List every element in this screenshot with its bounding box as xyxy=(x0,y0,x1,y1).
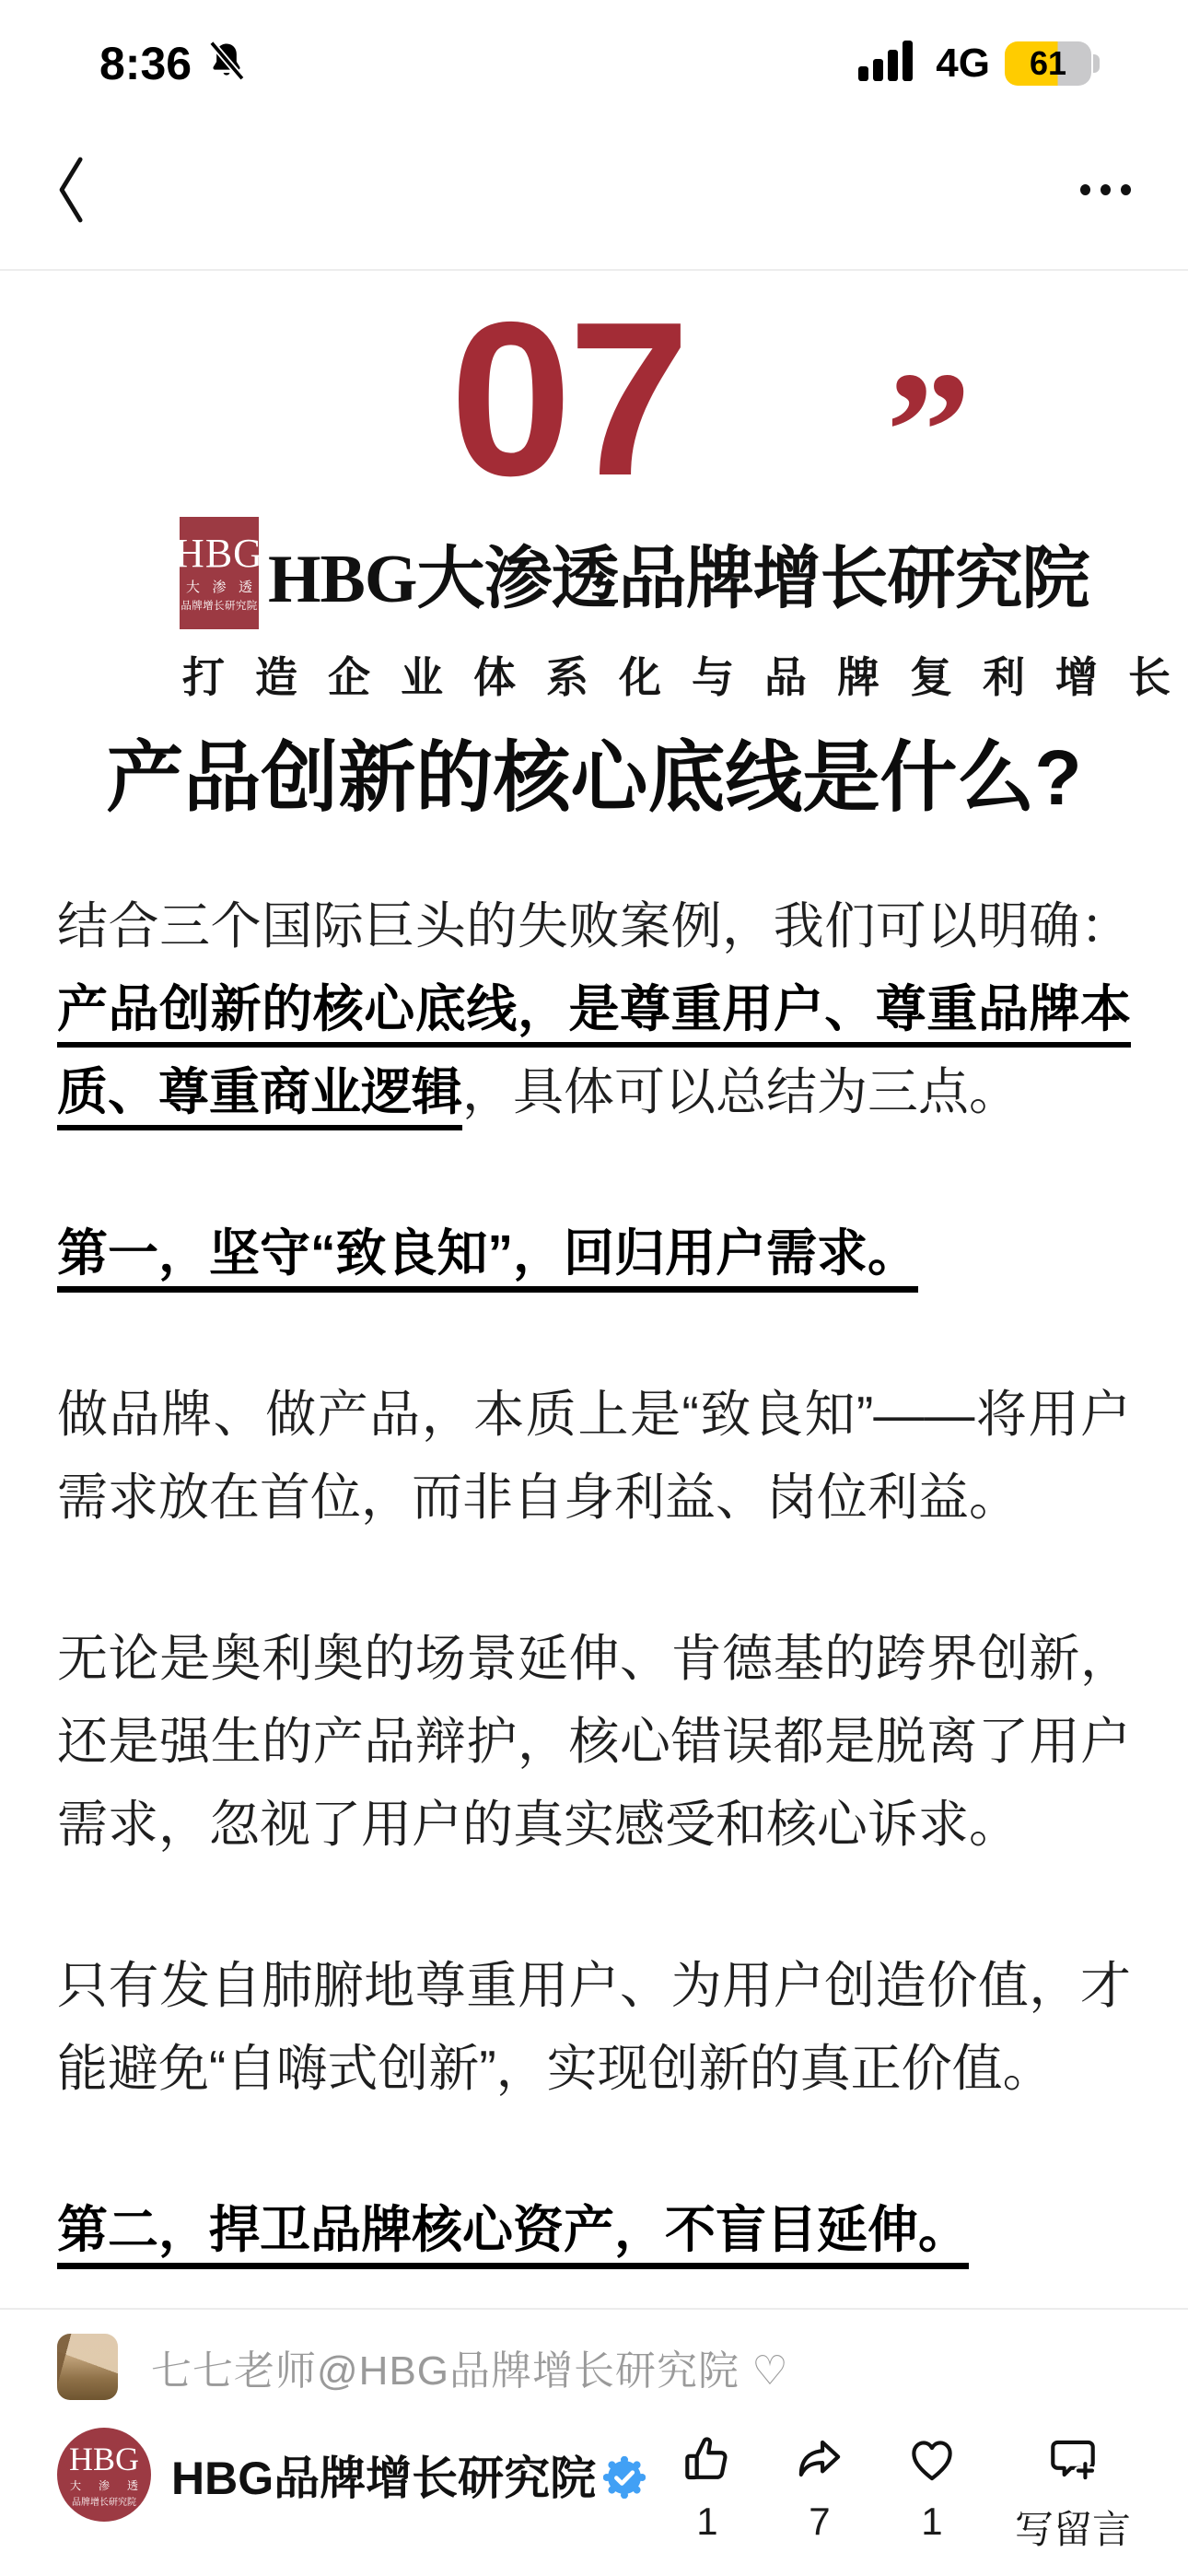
comment-button[interactable]: 写留言 xyxy=(1015,2431,1131,2555)
brand-slogan: 打造企业体系化与品牌复利增长 xyxy=(182,644,1188,705)
logo-sub1: 大渗透 xyxy=(182,574,256,596)
bottom-bar: HBG 大渗透 品牌增长研究院 HBG品牌增长研究院 xyxy=(0,2428,1188,2555)
text-segment: 第一，坚守“致良知”，回归用户需求。 xyxy=(57,1224,918,1282)
paragraph: 只有发自肺腑地尊重用户、为用户创造价值，才能避免“自嗨式创新”，实现创新的真正价… xyxy=(57,1944,1131,2110)
heart-icon xyxy=(903,2431,961,2488)
more-button[interactable] xyxy=(1075,166,1136,214)
divider xyxy=(0,2308,1188,2310)
like-button[interactable]: 1 xyxy=(678,2431,737,2555)
account-logo: HBG 大渗透 品牌增长研究院 xyxy=(57,2428,151,2522)
logo-acronym: HBG xyxy=(175,533,263,574)
back-icon xyxy=(52,150,92,229)
author-name: 七七老师@HBG品牌增长研究院 ♡ xyxy=(151,2337,789,2396)
share-count: 7 xyxy=(809,2500,830,2544)
paragraph: 无论是奥利奥的场景延伸、肯德基的跨界创新，还是强生的产品辩护，核心错误都是脱离了… xyxy=(57,1617,1131,1866)
brand-logo-row: HBG 大渗透 品牌增长研究院 HBG大渗透品牌增长研究院 xyxy=(180,517,1188,629)
heart-count: 1 xyxy=(921,2500,942,2544)
action-bar: 1 7 1 写留言 xyxy=(678,2431,1131,2555)
text-segment: 只有发自肺腑地尊重用户、为用户创造价值，才能避免“自嗨式创新”，实现创新的真正价… xyxy=(57,1957,1131,2097)
article-headline: 产品创新的核心底线是什么? xyxy=(0,716,1188,827)
official-account[interactable]: HBG 大渗透 品牌增长研究院 HBG品牌增长研究院 xyxy=(57,2428,646,2522)
nav-bar xyxy=(0,111,1188,271)
comment-plus-icon xyxy=(1044,2431,1101,2488)
paragraph: 结合三个国际巨头的失败案例，我们可以明确：产品创新的核心底线，是尊重用户、尊重品… xyxy=(57,884,1131,1133)
text-segment: 无论是奥利奥的场景延伸、肯德基的跨界创新，还是强生的产品辩护，核心错误都是脱离了… xyxy=(57,1630,1131,1853)
article: 07 ” HBG 大渗透 品牌增长研究院 HBG大渗透品牌增长研究院 打造企业体… xyxy=(0,271,1188,2271)
author-avatar xyxy=(57,2334,118,2400)
text-segment: 做品牌、做产品，本质上是“致良知”——将用户需求放在首位，而非自身利益、岗位利益… xyxy=(57,1386,1131,1526)
section-heading: 第一，坚守“致良知”，回归用户需求。 xyxy=(57,1212,1131,1294)
share-arrow-icon xyxy=(791,2431,848,2488)
comment-label: 写留言 xyxy=(1015,2500,1131,2555)
status-right: 4G 61 xyxy=(858,41,1100,88)
bell-muted-icon xyxy=(203,38,250,90)
logo-sub2: 品牌增长研究院 xyxy=(181,598,257,613)
text-segment: ，具体可以总结为三点。 xyxy=(462,1063,1019,1120)
clock: 8:36 xyxy=(99,37,192,90)
battery-nub xyxy=(1093,54,1100,73)
heart-button[interactable]: 1 xyxy=(903,2431,961,2555)
text-segment: 结合三个国际巨头的失败案例，我们可以明确： xyxy=(57,897,1131,954)
text-segment: 第二，捍卫品牌核心资产，不盲目延伸。 xyxy=(57,2201,969,2258)
more-icon xyxy=(1080,184,1090,195)
status-bar: 8:36 4G 61 xyxy=(0,0,1188,111)
section-heading: 第二，捍卫品牌核心资产，不盲目延伸。 xyxy=(57,2188,1131,2271)
thumbs-up-icon xyxy=(679,2431,736,2488)
like-count: 1 xyxy=(696,2500,717,2544)
battery-icon: 61 xyxy=(1005,41,1100,86)
brand-title: HBG大渗透品牌增长研究院 xyxy=(268,524,1089,622)
signal-strength-icon xyxy=(858,41,921,88)
network-type: 4G xyxy=(936,41,990,87)
quote-mark: ” xyxy=(886,346,972,517)
status-left: 8:36 xyxy=(99,37,250,90)
article-body: 结合三个国际巨头的失败案例，我们可以明确：产品创新的核心底线，是尊重用户、尊重品… xyxy=(0,884,1188,2271)
battery-level: 61 xyxy=(1005,41,1091,86)
back-button[interactable] xyxy=(52,148,116,231)
screen: 8:36 4G 61 xyxy=(0,0,1188,2576)
hbg-logo-square: HBG 大渗透 品牌增长研究院 xyxy=(180,517,259,629)
paragraph: 做品牌、做产品，本质上是“致良知”——将用户需求放在首位，而非自身利益、岗位利益… xyxy=(57,1373,1131,1539)
account-name: HBG品牌增长研究院 xyxy=(171,2441,596,2508)
share-button[interactable]: 7 xyxy=(790,2431,849,2555)
author-row[interactable]: 七七老师@HBG品牌增长研究院 ♡ xyxy=(0,2334,1188,2400)
verified-badge-icon xyxy=(603,2456,646,2499)
